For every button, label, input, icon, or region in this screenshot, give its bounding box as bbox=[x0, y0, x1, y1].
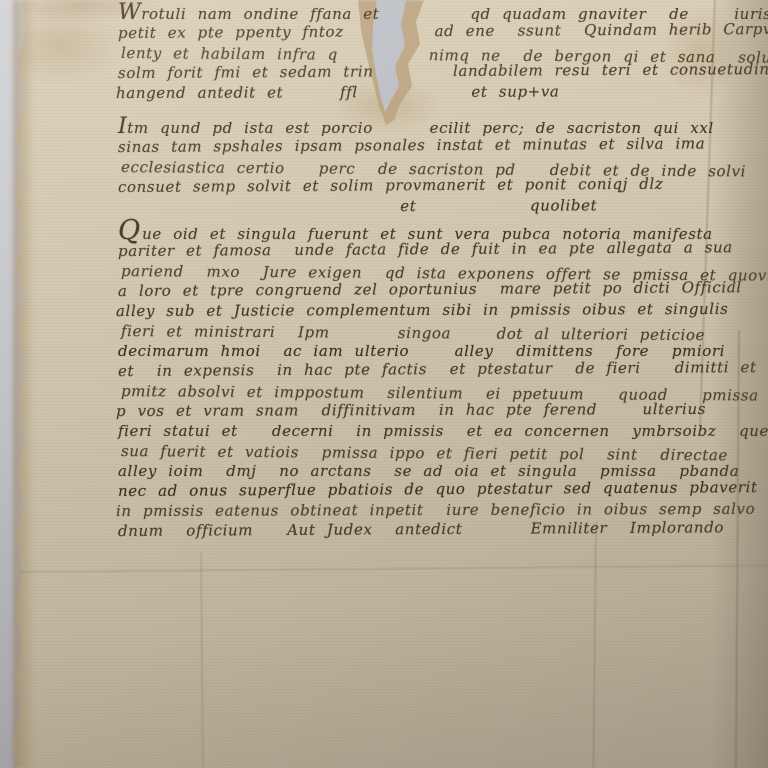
manuscript-line: a loro et tpre congruend zel oportunius … bbox=[118, 277, 750, 301]
right-fold-shadow bbox=[710, 0, 768, 768]
manuscript-paragraph: Itm qund pd ista est porcio ecilit perc;… bbox=[118, 117, 750, 217]
manuscript-line: dnum officium Aut Judex antedict Emnilit… bbox=[118, 517, 750, 541]
manuscript-line: alley sub et Justicie complementum sibi … bbox=[116, 299, 748, 321]
manuscript-line: nec ad onus superflue pbatiois de quo pt… bbox=[118, 477, 750, 501]
manuscript-paragraph: Wrotuli nam ondine ffana et qd quadam gn… bbox=[118, 3, 750, 103]
manuscript-line: sinas tam spshales ipsam psonales instat… bbox=[118, 133, 750, 157]
manuscript-line: petit ex pte ppenty fntoz ad ene ssunt Q… bbox=[118, 19, 750, 43]
manuscript-line: consuet semp solvit et solim provmanerit… bbox=[118, 173, 750, 197]
photo-background: Wrotuli nam ondine ffana et qd quadam gn… bbox=[0, 0, 768, 768]
manuscript-line: p vos et vram snam diffinitivam in hac p… bbox=[116, 399, 748, 421]
manuscript-line: et quolibet bbox=[116, 195, 748, 217]
manuscript-line: solm forit fmi et sedam trin landabilem … bbox=[118, 59, 750, 83]
manuscript-line: pariter et famosa unde facta fide de fui… bbox=[118, 237, 750, 261]
left-edge-stain bbox=[13, 0, 35, 768]
manuscript-line: et in expensis in hac pte factis et ptes… bbox=[118, 357, 750, 381]
manuscript-line: fieri statui et decerni in pmissis et ea… bbox=[118, 421, 750, 441]
manuscript-text: Wrotuli nam ondine ffana et qd quadam gn… bbox=[118, 3, 750, 541]
manuscript-line: hangend antedit et ffl et sup+va bbox=[116, 81, 748, 103]
manuscript-paragraph: Que oid et singula fuerunt et sunt vera … bbox=[118, 221, 750, 541]
